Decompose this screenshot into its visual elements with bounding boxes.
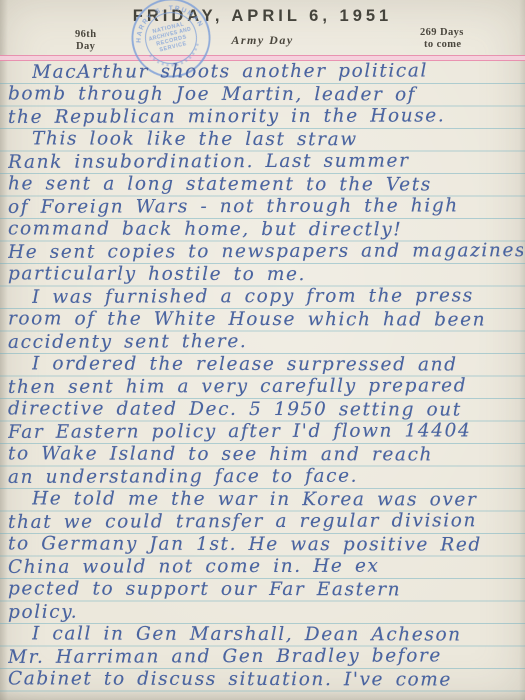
handwritten-line: I was furnished a copy from the press	[32, 284, 523, 309]
handwritten-line: He told me the war in Korea was over	[32, 487, 523, 511]
handwritten-line: bomb through Joe Martin, leader of	[8, 82, 523, 106]
handwritten-line: particularly hostile to me.	[8, 262, 523, 286]
handwritten-line: room of the White House which had been	[8, 307, 523, 331]
diary-page: FRIDAY, APRIL 6, 1951 96th Day Army Day …	[0, 0, 525, 700]
handwritten-line: then sent him a very carefully prepared	[8, 374, 523, 399]
handwritten-line: directive dated Dec. 5 1950 setting out	[8, 397, 523, 421]
handwritten-line: command back home, but directly!	[8, 217, 523, 241]
handwritten-line: accidenty sent there.	[8, 329, 523, 354]
handwritten-line: that we could transfer a regular divisio…	[8, 509, 523, 534]
handwritten-line: This look like the last straw	[32, 127, 523, 151]
handwriting: MacArthur shoots another politicalbomb t…	[0, 0, 525, 700]
handwritten-line: the Republican minority in the House.	[8, 104, 523, 129]
handwritten-line: to Germany Jan 1st. He was positive Red	[8, 532, 523, 556]
handwritten-line: Cabinet to discuss situation. I've come	[8, 667, 523, 691]
handwritten-line: policy.	[8, 599, 523, 624]
handwritten-line: I ordered the release surpressed and	[32, 352, 523, 376]
handwritten-line: to Wake Island to see him and reach	[8, 442, 523, 466]
handwritten-line: He sent copies to newspapers and magazin…	[8, 239, 523, 264]
handwritten-line: of Foreign Wars - not through the high	[8, 194, 523, 219]
handwritten-line: he sent a long statement to the Vets	[8, 172, 523, 196]
handwritten-line: Mr. Harriman and Gen Bradley before	[8, 644, 523, 669]
handwritten-line: I call in Gen Marshall, Dean Acheson	[32, 622, 523, 646]
handwritten-line: Far Eastern policy after I'd flown 14404	[8, 419, 523, 444]
handwritten-line: China would not come in. He ex	[8, 554, 523, 579]
handwritten-line: Rank insubordination. Last summer	[8, 149, 523, 174]
handwritten-line: MacArthur shoots another political	[32, 59, 523, 84]
handwritten-line: pected to support our Far Eastern	[8, 577, 523, 601]
handwritten-line: an understanding face to face.	[8, 464, 523, 489]
